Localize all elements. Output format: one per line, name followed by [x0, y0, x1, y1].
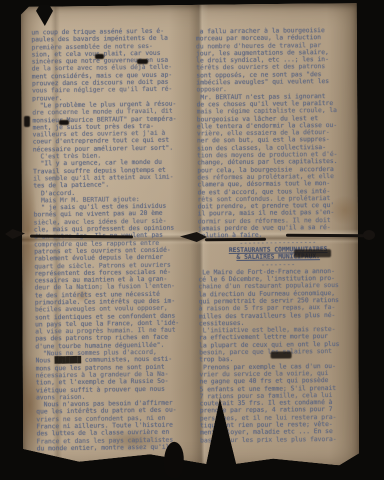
left-text-column: un coup de trique asséné sur les é-paule…	[31, 27, 195, 452]
redacted-word: ███████	[55, 357, 82, 364]
photo-background: un coup de trique asséné sur les é-paule…	[0, 0, 384, 480]
text-line: du monde entier, montre assez qu'il	[37, 443, 195, 452]
document-page: un coup de trique asséné sur les é-paule…	[21, 3, 359, 469]
text-line: basant sur les prix les plus favora-	[200, 435, 360, 444]
right-text-column: a fallu arracher à la bourgeoisiemorceau…	[196, 27, 360, 445]
ink-blot	[363, 230, 375, 240]
